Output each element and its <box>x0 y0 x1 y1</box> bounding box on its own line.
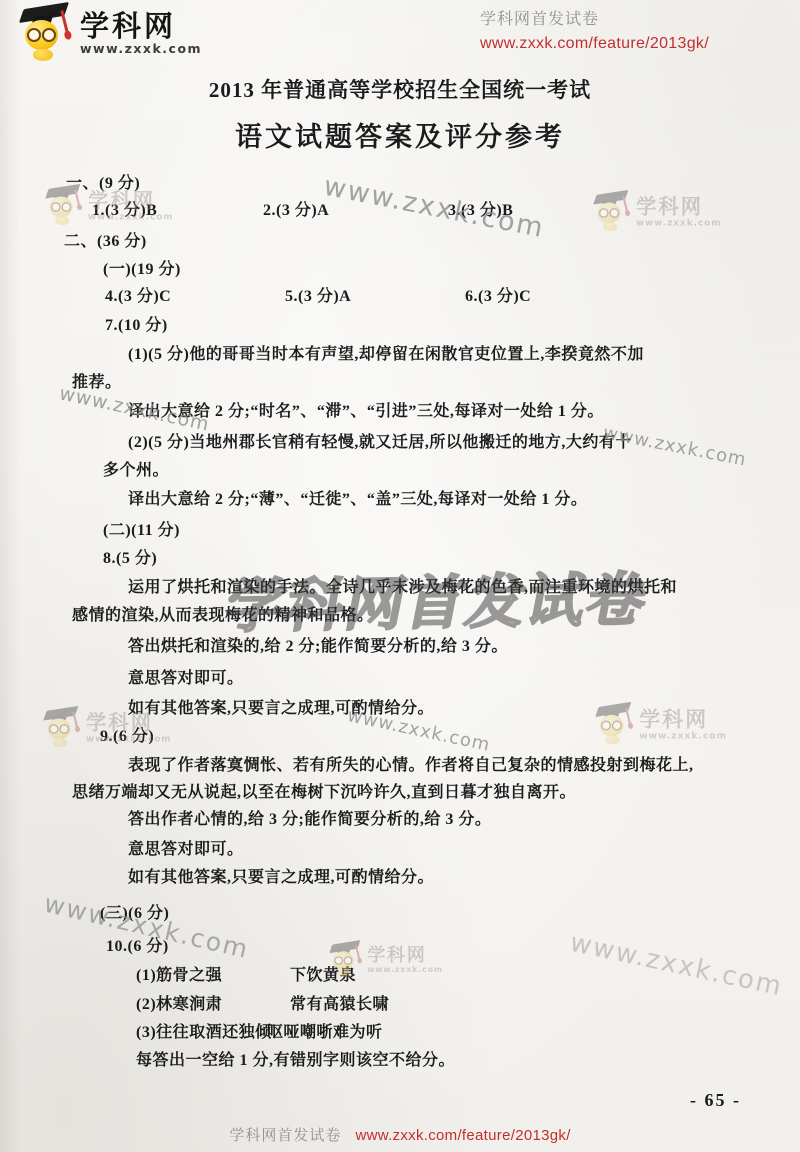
watermark-logo: 学科网www.zxxk.com <box>44 708 171 749</box>
brand-name: 学科网 <box>636 197 721 217</box>
watermark-url: www.zxxk.com <box>567 928 785 1002</box>
scoring-note: 每答出一空给 1 分,有错别字则该空不给分。 <box>136 1047 455 1070</box>
footer: 学科网首发试卷 www.zxxk.com/feature/2013gk/ <box>0 1124 800 1145</box>
scoring-note: 译出大意给 2 分;“时名”、“滞”、“引进”三处,每译对一处给 1 分。 <box>128 398 604 421</box>
question-heading: 7.(10 分) <box>105 312 168 335</box>
watermark-logo: 学科网www.zxxk.com <box>330 942 443 978</box>
zxxk-mascot-icon <box>20 5 74 63</box>
logo-text: 学科网 www.zxxk.com <box>80 13 202 56</box>
watermark-banner: 学科网首发试卷 <box>219 552 657 643</box>
answer-item: 4.(3 分)C <box>105 283 171 306</box>
answer-text: (1)(5 分)他的哥哥当时本有声望,却停留在闲散官吏位置上,李揆竟然不加 <box>128 341 644 364</box>
brand-name: 学科网 <box>367 947 443 965</box>
fill-blank-answer: (1)筋骨之强 <box>136 962 222 985</box>
scoring-note: 意思答对即可。 <box>128 836 244 859</box>
footer-release-label: 学科网首发试卷 <box>229 1127 341 1144</box>
answer-text: 感情的渲染,从而表现梅花的精神和品格。 <box>72 602 374 625</box>
brand-url: www.zxxk.com <box>86 734 171 743</box>
header-right: 学科网首发试卷 www.zxxk.com/feature/2013gk/ <box>480 9 709 54</box>
answer-text: 思绪万端却又无从说起,以至在梅树下沉吟许久,直到日暮才独自离开。 <box>72 779 576 802</box>
exam-title: 2013 年普通高等学校招生全国统一考试 <box>0 74 800 104</box>
subsection-heading: (三)(6 分) <box>100 900 169 923</box>
answer-item: 2.(3 分)A <box>263 197 329 220</box>
brand-url: www.zxxk.com <box>88 212 173 221</box>
brand-name: 学科网 <box>88 191 173 211</box>
answer-text: 多个州。 <box>103 457 169 480</box>
footer-feature-url: www.zxxk.com/feature/2013gk/ <box>356 1127 571 1144</box>
answer-text: 表现了作者落寞惆怅、若有所失的心情。作者将自己复杂的情感投射到梅花上, <box>128 752 694 775</box>
header-feature-url: www.zxxk.com/feature/2013gk/ <box>480 33 709 55</box>
watermark-url: www.zxxk.com <box>321 171 547 244</box>
brand-url: www.zxxk.com <box>367 965 443 973</box>
watermark-logo: 学科网www.zxxk.com <box>46 186 173 227</box>
brand-url: www.zxxk.com <box>639 731 727 740</box>
question-heading: 10.(6 分) <box>106 933 169 956</box>
header-release-label: 学科网首发试卷 <box>480 9 709 31</box>
question-heading: 8.(5 分) <box>103 545 157 568</box>
fill-blank-answer: (3)往往取酒还独倾 <box>136 1019 272 1042</box>
site-logo: 学科网 www.zxxk.com <box>20 5 202 63</box>
answer-text: 推荐。 <box>72 369 122 392</box>
scoring-note: 译出大意给 2 分;“薄”、“迁徙”、“盖”三处,每译对一处给 1 分。 <box>128 486 587 509</box>
scoring-note: 如有其他答案,只要言之成理,可酌情给分。 <box>128 864 434 887</box>
page-number: - 65 - <box>690 1090 741 1111</box>
section-heading: 二、(36 分) <box>64 228 147 251</box>
scoring-note: 如有其他答案,只要言之成理,可酌情给分。 <box>128 695 434 718</box>
answer-item: 5.(3 分)A <box>285 283 351 306</box>
zxxk-mascot-icon <box>596 704 635 746</box>
zxxk-mascot-icon <box>46 186 84 227</box>
scoring-note: 意思答对即可。 <box>128 665 244 688</box>
brand-url: www.zxxk.com <box>636 218 721 227</box>
zxxk-mascot-icon <box>594 192 632 233</box>
subsection-heading: (一)(19 分) <box>103 256 181 279</box>
brand-name: 学科网 <box>86 713 171 733</box>
answer-item: 6.(3 分)C <box>465 283 531 306</box>
brand-url: www.zxxk.com <box>80 43 202 56</box>
answer-text: (2)(5 分)当地州郡长官稍有轻慢,就又迁居,所以他搬迁的地方,大约有十 <box>128 429 632 452</box>
scoring-note: 答出作者心情的,给 3 分;能作简要分析的,给 3 分。 <box>128 806 491 829</box>
fill-blank-answer: 呕哑嘲哳难为听 <box>267 1019 383 1042</box>
fill-blank-answer: (2)林寒涧肃 <box>136 991 222 1014</box>
brand-name: 学科网 <box>80 13 202 42</box>
zxxk-mascot-icon <box>330 942 363 978</box>
answer-item: 3.(3 分)B <box>448 197 513 220</box>
watermark-logo: 学科网www.zxxk.com <box>596 704 727 746</box>
scanned-exam-answer-page: 学科网 www.zxxk.com 学科网首发试卷 www.zxxk.com/fe… <box>0 0 800 1152</box>
zxxk-mascot-icon <box>44 708 82 749</box>
brand-name: 学科网 <box>639 710 727 731</box>
scoring-note: 答出烘托和渲染的,给 2 分;能作简要分析的,给 3 分。 <box>128 633 508 656</box>
fill-blank-answer: 常有高猿长啸 <box>290 991 389 1014</box>
watermark-logo: 学科网www.zxxk.com <box>594 192 721 233</box>
answer-text: 运用了烘托和渲染的手法。全诗几乎未涉及梅花的色香,而注重环境的烘托和 <box>128 574 677 597</box>
paper-title: 语文试题答案及评分参考 <box>0 115 800 154</box>
subsection-heading: (二)(11 分) <box>103 517 180 540</box>
